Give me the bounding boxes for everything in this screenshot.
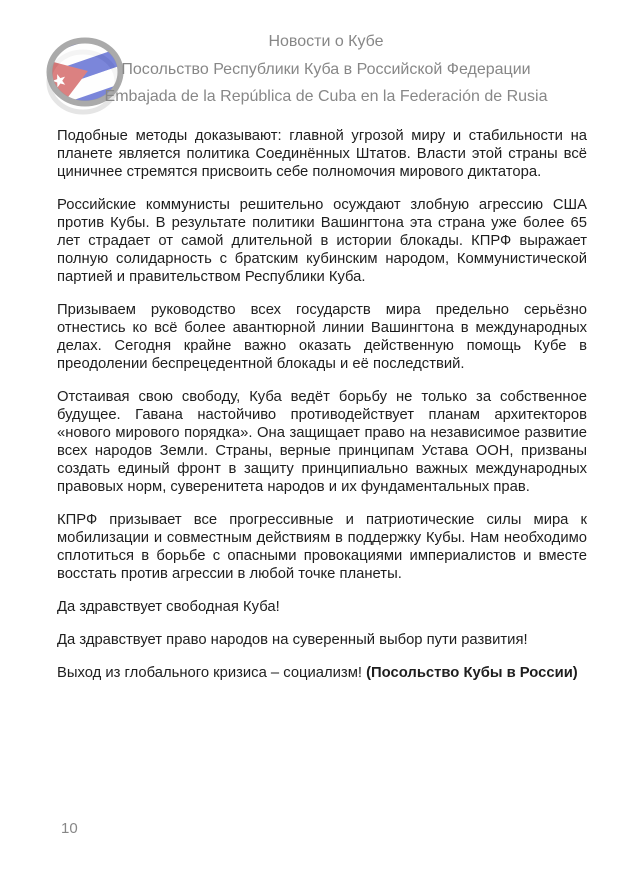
paragraph: Да здравствует свободная Куба! [57, 598, 587, 616]
paragraph: Призываем руководство всех государств ми… [57, 301, 587, 373]
document-page: Новости о Кубе Посольство Республики Куб… [0, 0, 623, 894]
header-title: Новости о Кубе [57, 28, 595, 56]
header-subtitle-ru: Посольство Республики Куба в Российской … [57, 56, 595, 84]
page-header: Новости о Кубе Посольство Республики Куб… [57, 28, 595, 111]
paragraph: Подобные методы доказывают: главной угро… [57, 127, 587, 181]
page-number: 10 [61, 820, 78, 837]
document-body: Подобные методы доказывают: главной угро… [57, 127, 587, 697]
paragraph-bold-text: (Посольство Кубы в России) [366, 665, 578, 681]
paragraph: Отстаивая свою свободу, Куба ведёт борьб… [57, 388, 587, 496]
paragraph: КПРФ призывает все прогрессивные и патри… [57, 511, 587, 583]
paragraph: Да здравствует право народов на суверенн… [57, 631, 587, 649]
paragraph: Российские коммунисты решительно осуждаю… [57, 196, 587, 286]
header-subtitle-es: Embajada de la República de Cuba en la F… [57, 83, 595, 111]
paragraph: Выход из глобального кризиса – социализм… [57, 664, 587, 682]
